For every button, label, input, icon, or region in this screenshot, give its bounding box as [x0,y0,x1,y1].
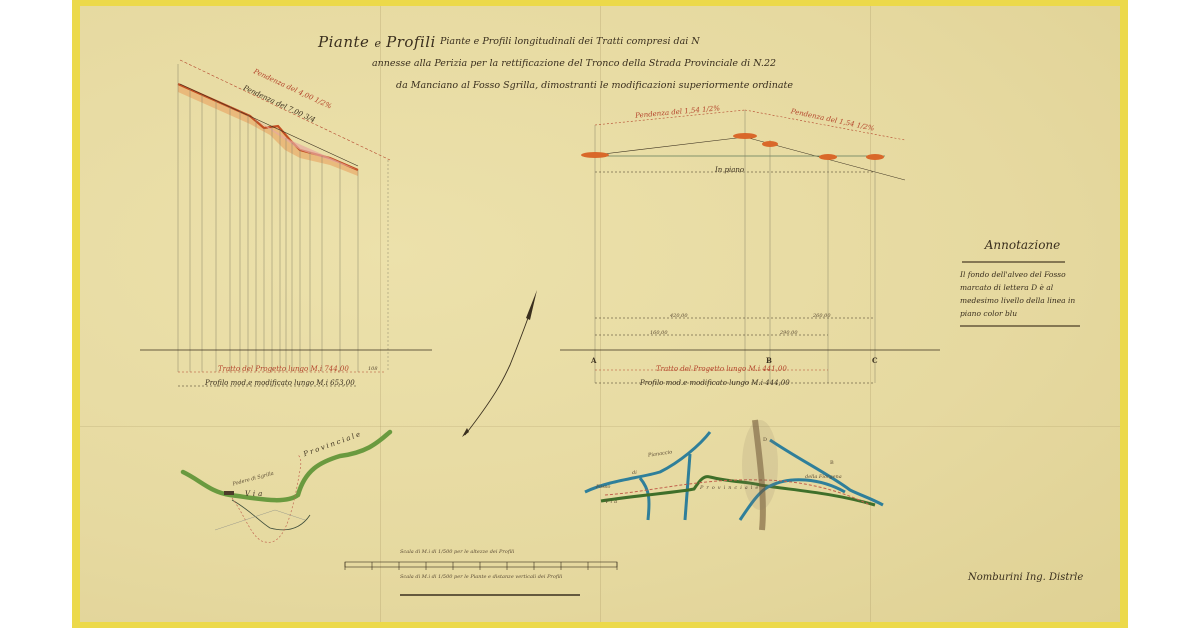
scale-top-label: Scala di M.i di 1/500 per le altezze dei… [400,549,514,555]
segment-value: 160,00 [650,330,668,336]
stream-label: della Fiorgena [805,474,842,480]
right-length-red: Tratto del Progetto lungo M.i 441,00 [656,365,787,373]
point-c-label: C [872,356,878,365]
point-d-label: D [763,437,767,443]
left-length-black: Profilo mod.e modificato lungo M.i 653,0… [205,379,355,387]
road-label: Provinciale [700,485,761,491]
flat-label: In piano [715,166,744,174]
segment-value: 260,00 [813,313,831,319]
north-arrow-icon [462,290,537,437]
left-plan-map [183,432,390,542]
segment-value: 420,00 [670,313,688,319]
point-a-label: A [591,356,596,365]
left-plan-road-label: Via [245,490,265,498]
river-label: di [632,470,637,476]
right-length-black: Profilo mod.e modificato lungo M.i 444,0… [640,379,790,387]
annotation-text: Il fondo dell'alveo del Fosso marcato di… [960,268,1085,320]
point-b-map-label: B [830,460,834,466]
river-label: Fosso [596,484,610,490]
left-length-red: Tratto del Progetto lungo M.i 744,00 [218,365,349,373]
signature: Nomburini Ing. Distrle [968,572,1083,583]
point-b-label: B [766,356,772,365]
right-profile [560,110,940,383]
annotation-panel: Annotazione Il fondo dell'alveo del Foss… [960,238,1085,320]
segment-value: 290,00 [780,330,798,336]
annotation-title: Annotazione [960,238,1085,252]
road-label: Via [605,499,619,505]
scale-bottom-label: Scala di M.i di 1/500 per le Piante e di… [400,574,562,580]
left-end-mark: 108 [368,366,378,372]
